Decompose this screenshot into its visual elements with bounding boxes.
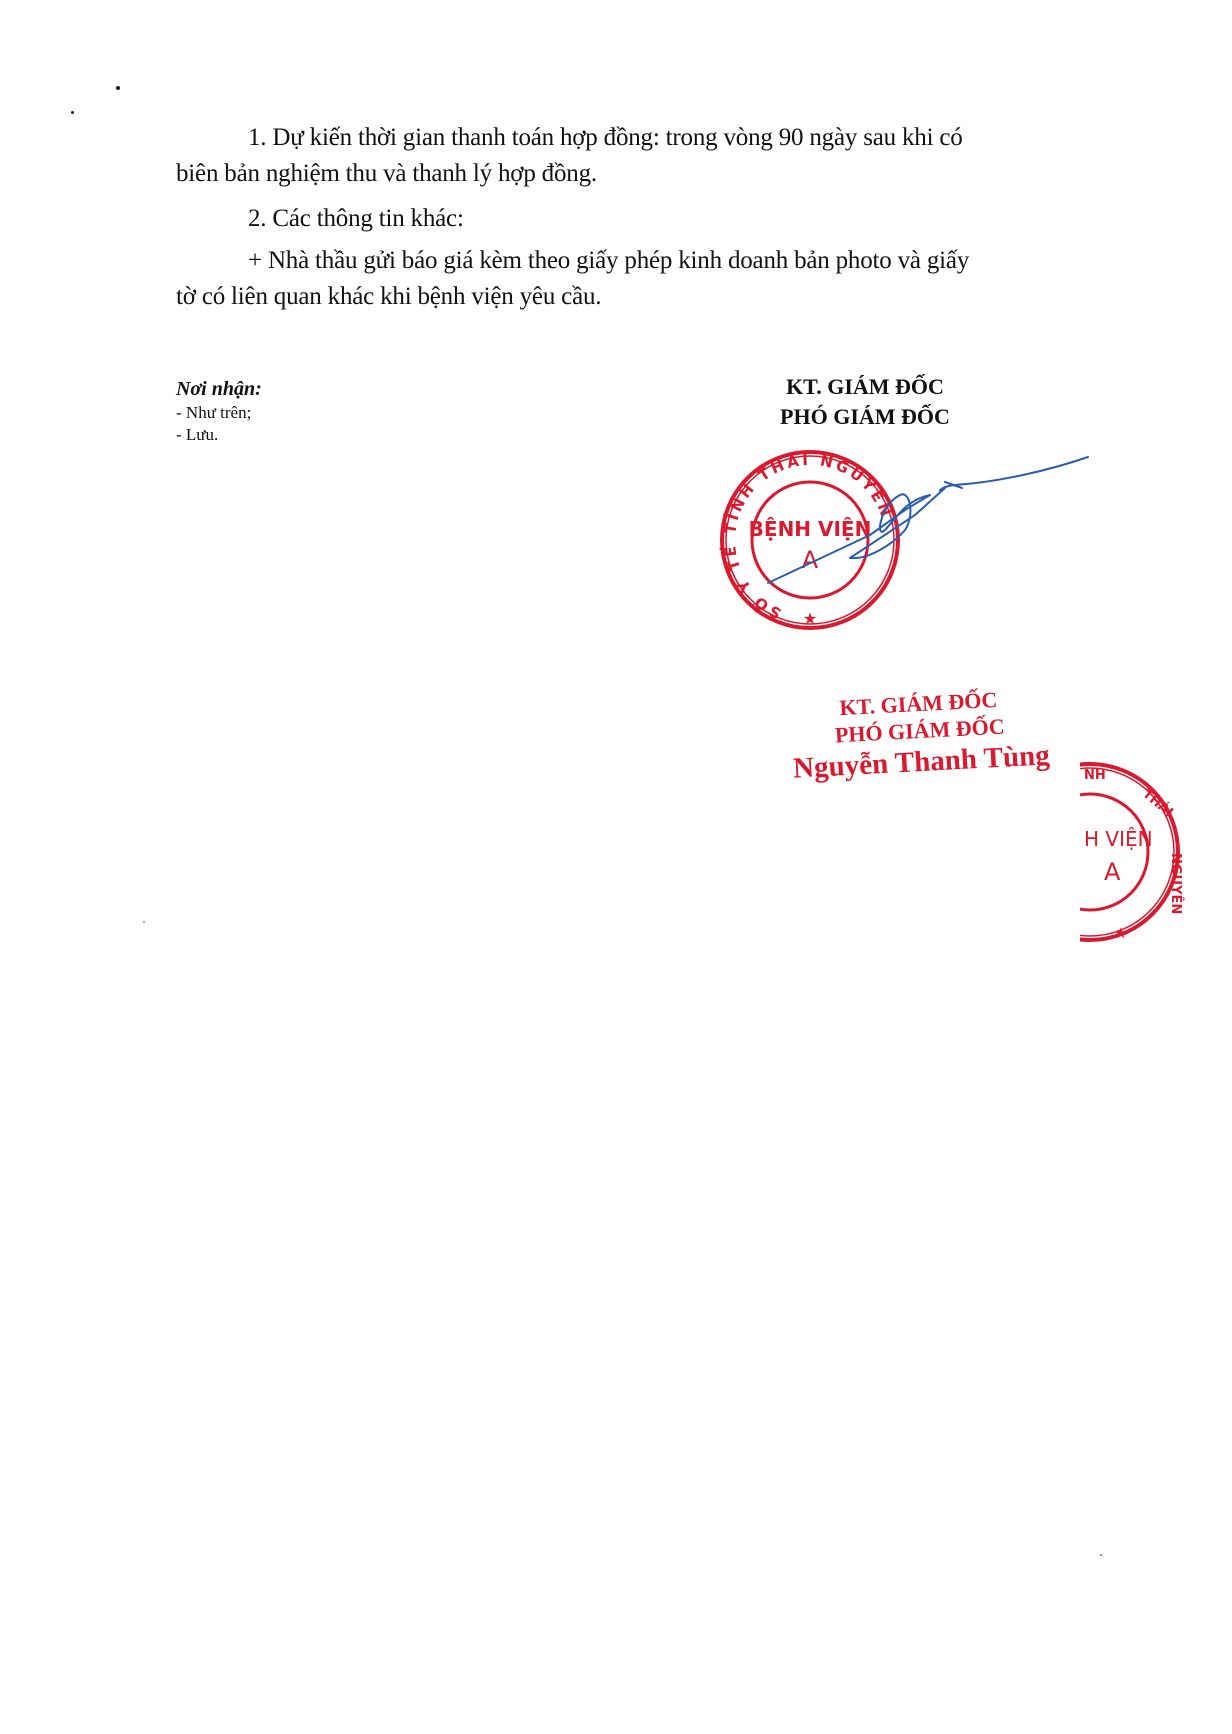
official-stamp: SỞ Y TẾ TỈNH THÁI NGUYÊN BỆNH VIỆN A ★ <box>700 440 1100 650</box>
star-icon: ★ <box>803 609 817 628</box>
paragraph-line: biên bản nghiệm thu và thanh lý hợp đồng… <box>176 156 1116 192</box>
signature-title-line1: KT. GIÁM ĐỐC <box>700 372 1030 402</box>
partial-stamp-ring-text-side: NGUYÊN <box>1168 853 1184 914</box>
partial-stamp-center-line2: A <box>1104 858 1121 886</box>
recipients-heading: Nơi nhận: <box>176 376 262 402</box>
stamp-center-line1: BỆNH VIỆN <box>749 517 872 541</box>
signature-title-line2: PHÓ GIÁM ĐỐC <box>700 402 1030 432</box>
recipients-block: Nơi nhận: - Như trên; - Lưu. <box>176 376 262 446</box>
partial-stamp-ring-text-top: NH <box>1084 768 1106 783</box>
star-icon: ★ <box>1114 924 1127 942</box>
scan-speck <box>116 86 120 90</box>
signer-name-stamp: KT. GIÁM ĐỐC PHÓ GIÁM ĐỐC Nguyễn Thanh T… <box>758 682 1082 789</box>
recipient-item: - Như trên; <box>176 402 262 424</box>
scan-speck <box>1100 1554 1102 1556</box>
payment-term-paragraph: 1. Dự kiến thời gian thanh toán hợp đồng… <box>176 120 1116 192</box>
paragraph-line: 1. Dự kiến thời gian thanh toán hợp đồng… <box>176 120 1116 156</box>
paragraph-line: + Nhà thầu gửi báo giá kèm theo giấy phé… <box>176 243 1116 279</box>
paragraph-line: tờ có liên quan khác khi bệnh viện yêu c… <box>176 279 1116 315</box>
scan-speck <box>71 111 74 114</box>
paragraph-line: 2. Các thông tin khác: <box>176 201 1116 237</box>
recipient-item: - Lưu. <box>176 424 262 446</box>
partial-stamp-center-line1: H VIỆN <box>1084 827 1153 851</box>
partial-stamp: NH THÁI NGUYÊN H VIỆN A ★ <box>1080 755 1210 950</box>
scan-speck <box>143 921 145 923</box>
other-info-heading: 2. Các thông tin khác: <box>176 201 1116 237</box>
other-info-paragraph: + Nhà thầu gửi báo giá kèm theo giấy phé… <box>176 243 1116 315</box>
signature-title-block: KT. GIÁM ĐỐC PHÓ GIÁM ĐỐC <box>700 372 1030 432</box>
